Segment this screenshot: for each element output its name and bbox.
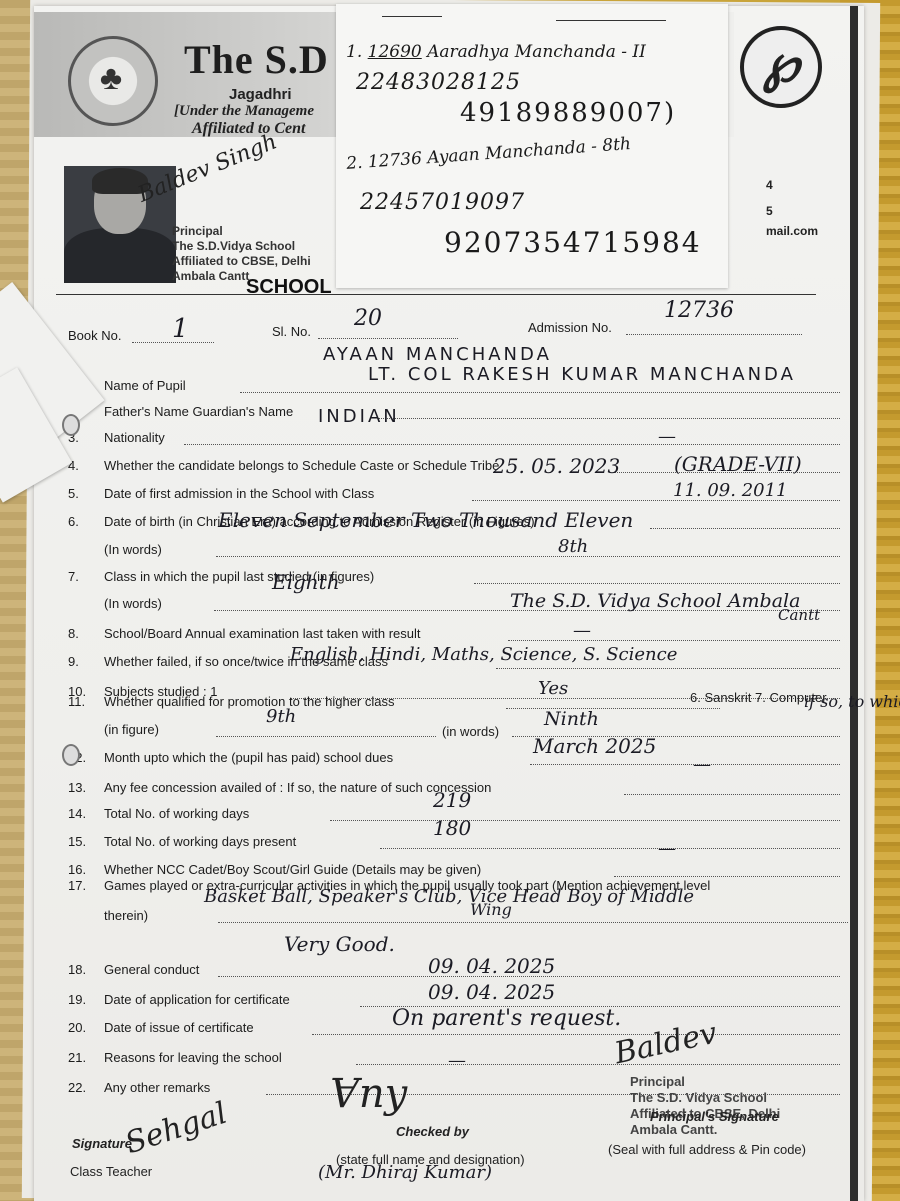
note-entry-2-admission: 12736 (367, 149, 422, 173)
class-teacher-label: Class Teacher (70, 1164, 152, 1179)
seal-note: (Seal with full address & Pin code) (608, 1142, 806, 1157)
field-extra: Wing (470, 900, 512, 919)
field-value: — (573, 620, 591, 641)
field-row: 19.Date of application for certificate (68, 992, 290, 1007)
field-label: Whether qualified for promotion to the h… (104, 694, 395, 709)
field-number: 9. (68, 654, 104, 669)
fill-line (240, 392, 840, 393)
field-label: Father's Name Guardian's Name (104, 404, 293, 419)
field-words-label: (in words) (442, 724, 499, 739)
fill-line (496, 668, 840, 669)
signature-label: Signature (72, 1136, 132, 1151)
field-row: 8.School/Board Annual examination last t… (68, 626, 421, 641)
checked-by-label: Checked by (396, 1124, 469, 1139)
field-value: Basket Ball, Speaker's Club, Vice Head B… (204, 886, 694, 907)
field-value: Eighth (272, 570, 340, 594)
fill-line (614, 876, 840, 877)
field-row: (In words) (68, 542, 162, 557)
field-value: 219 (433, 788, 471, 812)
field-value: — (448, 1050, 466, 1071)
note-entry-1-phone: 49189889007) (460, 98, 676, 128)
fill-line (530, 764, 840, 765)
field-number: 15. (68, 834, 104, 849)
field-value: 11. 09. 2011 (673, 480, 788, 501)
field-words-value: Ninth (544, 708, 599, 730)
field-row: (in figure) (68, 722, 159, 737)
field-row: therein) (68, 908, 148, 923)
field-value: English, Hindi, Maths, Science, S. Scien… (290, 644, 677, 665)
field-number: 13. (68, 780, 104, 795)
fill-line (184, 444, 840, 445)
field-value: — (693, 754, 711, 775)
field-row: 16.Whether NCC Cadet/Boy Scout/Girl Guid… (68, 862, 481, 877)
field-value: 8th (558, 536, 588, 557)
field-label: Date of application for certificate (104, 992, 290, 1007)
field-label: General conduct (104, 962, 199, 977)
field-row: 14.Total No. of working days (68, 806, 249, 821)
checker-name: (Mr. Dhiraj Kumar) (318, 1162, 492, 1183)
field-label: Whether NCC Cadet/Boy Scout/Girl Guide (… (104, 862, 481, 877)
field-row: 12.Month upto which the (pupil has paid)… (68, 750, 393, 765)
field-row: 2.Father's Name Guardian's Name (68, 404, 293, 419)
field-row: 11.Whether qualified for promotion to th… (68, 694, 395, 709)
fill-line (506, 708, 720, 709)
field-value: — (658, 838, 676, 859)
note-entry-1-class: II (632, 42, 645, 62)
field-label: (in figure) (104, 722, 159, 737)
field-row: (In words) (68, 596, 162, 611)
field-number: 4. (68, 458, 104, 473)
field-value: INDIAN (318, 406, 400, 427)
field-value: 9th (266, 706, 296, 727)
field-label: Month upto which the (pupil has paid) sc… (104, 750, 393, 765)
punch-hole (62, 414, 80, 436)
field-number: 6. (68, 514, 104, 529)
field-label: therein) (104, 908, 148, 923)
field-label: Name of Pupil (104, 378, 186, 393)
field-row: 4.Whether the candidate belongs to Sched… (68, 458, 499, 473)
field-row: 21.Reasons for leaving the school (68, 1050, 282, 1065)
field-value: Yes (538, 678, 568, 699)
field-number: 8. (68, 626, 104, 641)
field-value: AYAAN MANCHANDA (323, 344, 552, 365)
field-number: 20. (68, 1020, 104, 1035)
field-label: Any other remarks (104, 1080, 210, 1095)
fill-line (218, 922, 848, 923)
fill-line (380, 848, 840, 849)
sticky-note: 1. 12690 Aaradhya Manchanda - II 2248302… (336, 4, 728, 288)
fill-line (216, 736, 436, 737)
field-label: Reasons for leaving the school (104, 1050, 282, 1065)
principal-signature-label: Principal's Signature (650, 1109, 779, 1124)
field-row: 18.General conduct (68, 962, 199, 977)
note-entry-2-name: Ayaan Manchanda - (427, 136, 598, 168)
punch-hole (62, 744, 80, 766)
note-entry-2-phone: 9207354715984 (444, 226, 702, 259)
field-extra: Cantt (778, 606, 820, 624)
note-entry-2: 2. 12736 Ayaan Manchanda - 8th (346, 134, 632, 174)
note-entry-1-admission: 12690 (368, 42, 422, 62)
field-value: 180 (433, 816, 471, 840)
field-label: (In words) (104, 596, 162, 611)
field-value: LT. COL RAKESH KUMAR MANCHANDA (368, 364, 796, 385)
fill-line (508, 640, 840, 641)
field-number: 14. (68, 806, 104, 821)
field-number: 19. (68, 992, 104, 1007)
field-label: Total No. of working days (104, 806, 249, 821)
field-number: 5. (68, 486, 104, 501)
field-number: 16. (68, 862, 104, 877)
fill-line (650, 528, 840, 529)
field-number: 7. (68, 569, 104, 584)
field-extra: if so, to which class (804, 692, 900, 711)
field-row: 13.Any fee concession availed of : If so… (68, 780, 491, 795)
note-entry-1-name: Aaradhya Manchanda - (427, 42, 627, 62)
field-value: — (658, 426, 676, 447)
field-row: 20.Date of issue of certificate (68, 1020, 254, 1035)
field-label: Total No. of working days present (104, 834, 296, 849)
checker-signature: Ɐny (330, 1071, 407, 1117)
field-value: The S.D. Vidya School Ambala (510, 590, 800, 612)
field-label: Whether the candidate belongs to Schedul… (104, 458, 499, 473)
field-value: 25. 05. 2023 (493, 454, 620, 478)
fill-line (624, 794, 840, 795)
fill-line (474, 583, 840, 584)
fill-line (378, 418, 840, 419)
field-number: 17. (68, 878, 104, 893)
fill-line (312, 1034, 840, 1035)
field-row: 3.Nationality (68, 430, 165, 445)
note-entry-2-class: 8th (602, 134, 632, 156)
fill-line (356, 1064, 840, 1065)
field-row: 15.Total No. of working days present (68, 834, 296, 849)
fill-line (216, 556, 840, 557)
note-entry-2-id: 22457019097 (360, 190, 525, 215)
field-number: 18. (68, 962, 104, 977)
note-entry-1: 1. 12690 Aaradhya Manchanda - II (346, 42, 646, 62)
fill-line (330, 820, 840, 821)
field-extra: (GRADE-VII) (674, 452, 802, 476)
field-number: 21. (68, 1050, 104, 1065)
field-row: 5.Date of first admission in the School … (68, 486, 374, 501)
field-number: 22. (68, 1080, 104, 1095)
field-value: March 2025 (533, 734, 656, 758)
field-value: 09. 04. 2025 (428, 954, 555, 978)
field-value: Very Good. (284, 932, 395, 956)
principal-stamp-bottom: Principal The S.D. Vidya School Affiliat… (630, 1074, 780, 1138)
field-label: Date of issue of certificate (104, 1020, 254, 1035)
field-value: On parent's request. (392, 1006, 621, 1031)
field-label: School/Board Annual examination last tak… (104, 626, 421, 641)
field-row: 22.Any other remarks (68, 1080, 210, 1095)
field-label: Nationality (104, 430, 165, 445)
field-label: Date of first admission in the School wi… (104, 486, 374, 501)
field-label: (In words) (104, 542, 162, 557)
note-entry-1-id: 22483028125 (356, 70, 521, 95)
field-value: 09. 04. 2025 (428, 980, 555, 1004)
field-value: Eleven September Two Thousand Eleven (218, 508, 633, 532)
field-number: 11. (68, 694, 104, 709)
